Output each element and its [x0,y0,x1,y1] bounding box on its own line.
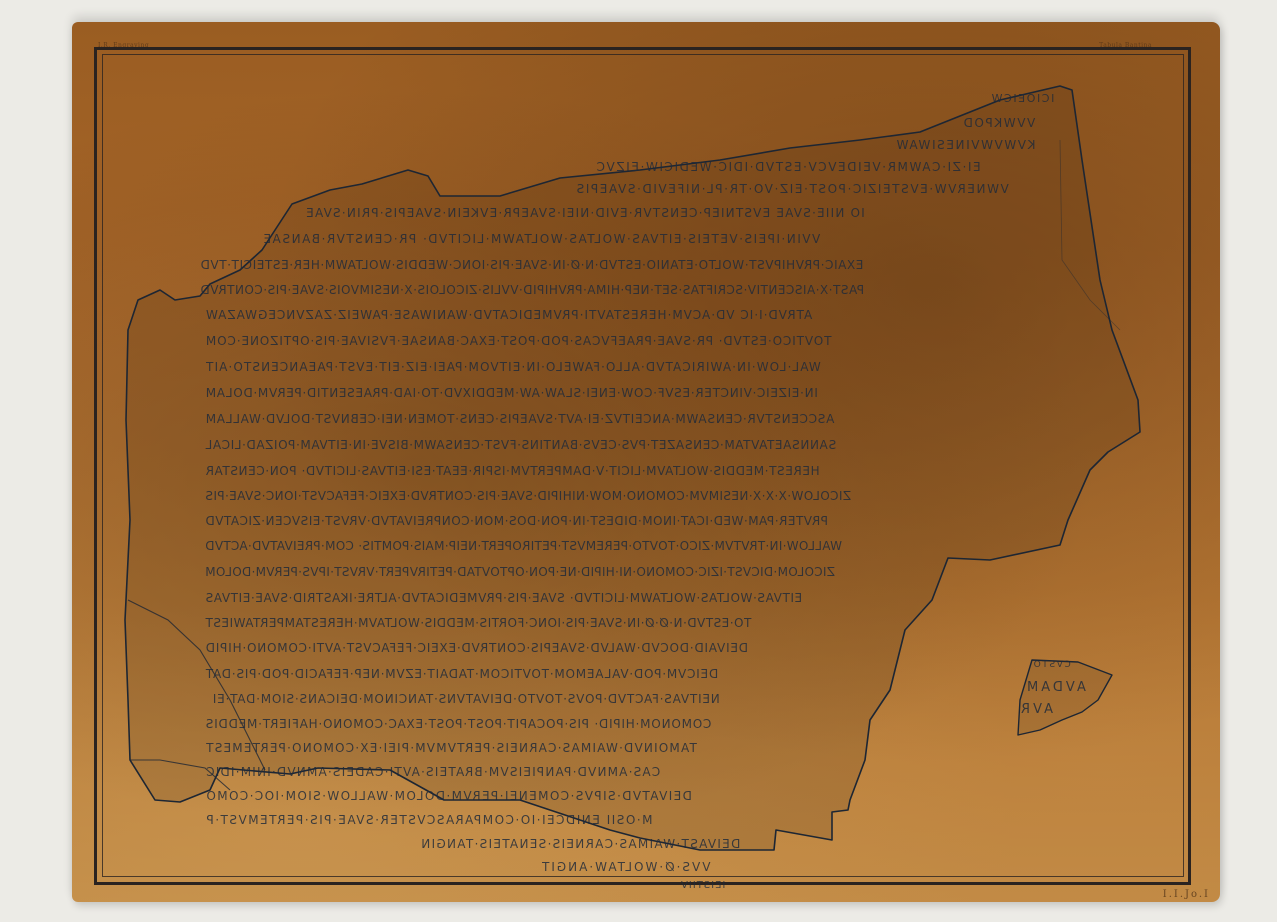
inscription-line: ATRVD·I·IC VD·ACVM·HERESTAVTI·PRVMEDICAT… [205,308,812,322]
inscription-line: IEISTIIV [680,880,725,891]
inscription-line: WAL·LOW·IN·AWIRICATVD·ALLO·FAWELO·IN·EIT… [205,360,821,374]
inscription-line: IO NIIE·SVAE EVSTNIEP·CENSTVR·EVID·NIEI·… [305,206,865,220]
inscription-line: VVS·Ø·WOLTAW·ANGIT [540,860,710,874]
inscription-line: VVWKPOD [962,116,1035,130]
inscription-line: SANNSAETAVTAM·CENSAZET·PVS·CEVS·BANTINS·… [205,438,836,452]
inscription-line: PRVTER·PAM·WED·ICAT·INOM·DIDEST·IN·PON·D… [205,514,828,528]
small-fragment-line: AVR [1018,702,1053,717]
inscription-line: VWNERVW·EVSTEIZIC·POST·EIZ·VO·TR·PL·NIFE… [575,182,1009,196]
inscription-text: ICIOEICW VVWKPOD KVWVWVINESIWAW EI·ZI·CA… [0,0,1277,922]
inscription-line: PAST·X·AISCENTIV·SCRIFTAS·SET·NEP·HIMA·P… [200,283,864,297]
inscription-line: ZICOLOM·DICVST·IZIC·COMONO·NI·HIPID·NE·P… [205,565,835,579]
inscription-line: ASCCENSTVR·CENSAWM·ANCEITVZ·EI·AVT·SVAEP… [205,412,834,426]
inscription-line: NEITVAS·FACTVD·POVS·TOVTO·DEIVATVNS·TANC… [212,692,720,706]
inscription-line: WALLOW·IN·TRVTVM·ZICO·TOVTO·PEREMVST·PET… [205,539,842,553]
inscription-line: DEIVAID·DOCVD·WALVD·SVAEPIS·CONTRVD·EXEI… [205,641,748,655]
inscription-line: IN·EIZEIC·VINCTER·ESVF·COW·ENEI·SLAW·AW·… [205,386,818,400]
inscription-line: TO·ESTVD·N·Ø·Ø·IN·SVAE·PIS·IONC·FORTIS·M… [205,616,751,630]
inscription-line: KVWVWVINESIWAW [895,138,1036,152]
inscription-line: DEIVAST·WAIMAS·CARNEIS·SENATEIS·TANGIN [420,837,740,851]
inscription-line: DEICVM·POD·VALAEMOM·TOVTICOM·TADAIT·EZVM… [205,667,718,681]
small-fragment-line: CVSTO [1032,660,1071,670]
inscription-line: EITVAS·WOLTAS·WOLTAWM·LICITVD· SVAE·PIS·… [205,591,802,605]
inscription-line: COMONOM·HIPID· PIS·POCAPIT·POST·POST·EXA… [205,717,711,731]
inscription-line: ZICOLOW·X·X·X·NESIMVM·COMONO·MOW·NIHIPID… [205,489,851,503]
inscription-line: TOVTICO·ESTVD· PR·SVAE·PRAEFVCAS·POD·POS… [205,334,831,348]
inscription-line: M·OSII ENIDCEI·IO·COMPARASCVSTER·SVAE·PI… [205,813,653,827]
inscription-line: DEIVATVD·SIPVS·COMENEI·PERVM·DOLOM·WALLO… [205,789,692,803]
inscription-line: EI·ZI·CAWMR·VEIDEVCV·ESTVD·IDIC·WEDICIW·… [595,160,981,174]
small-fragment-line: AVDAM [1024,680,1086,695]
inscription-line: VVIN·IPEIS·VETEIS·EITVAS·WOLTAS·WOLTAWM·… [262,232,820,246]
inscription-line: CAS·AMNVD·PANPIEISVM·BRATEIS·AVTI·CADEIS… [205,765,660,779]
inscription-line: HEREST·MEDDIS·WOLTAVM·LICIT·V·DAMPERTVM·… [205,464,820,478]
inscription-line: ICIOEICW [990,92,1054,105]
inscription-line: EXAIC·PRVHIPVST·WOLTO·ETANIO·ESTVD·N·Ø·I… [200,258,863,272]
inscription-line: TAMOINVD·WAIMAS·CARNEIS·PERTVMVM·PIEI·EX… [205,741,697,755]
